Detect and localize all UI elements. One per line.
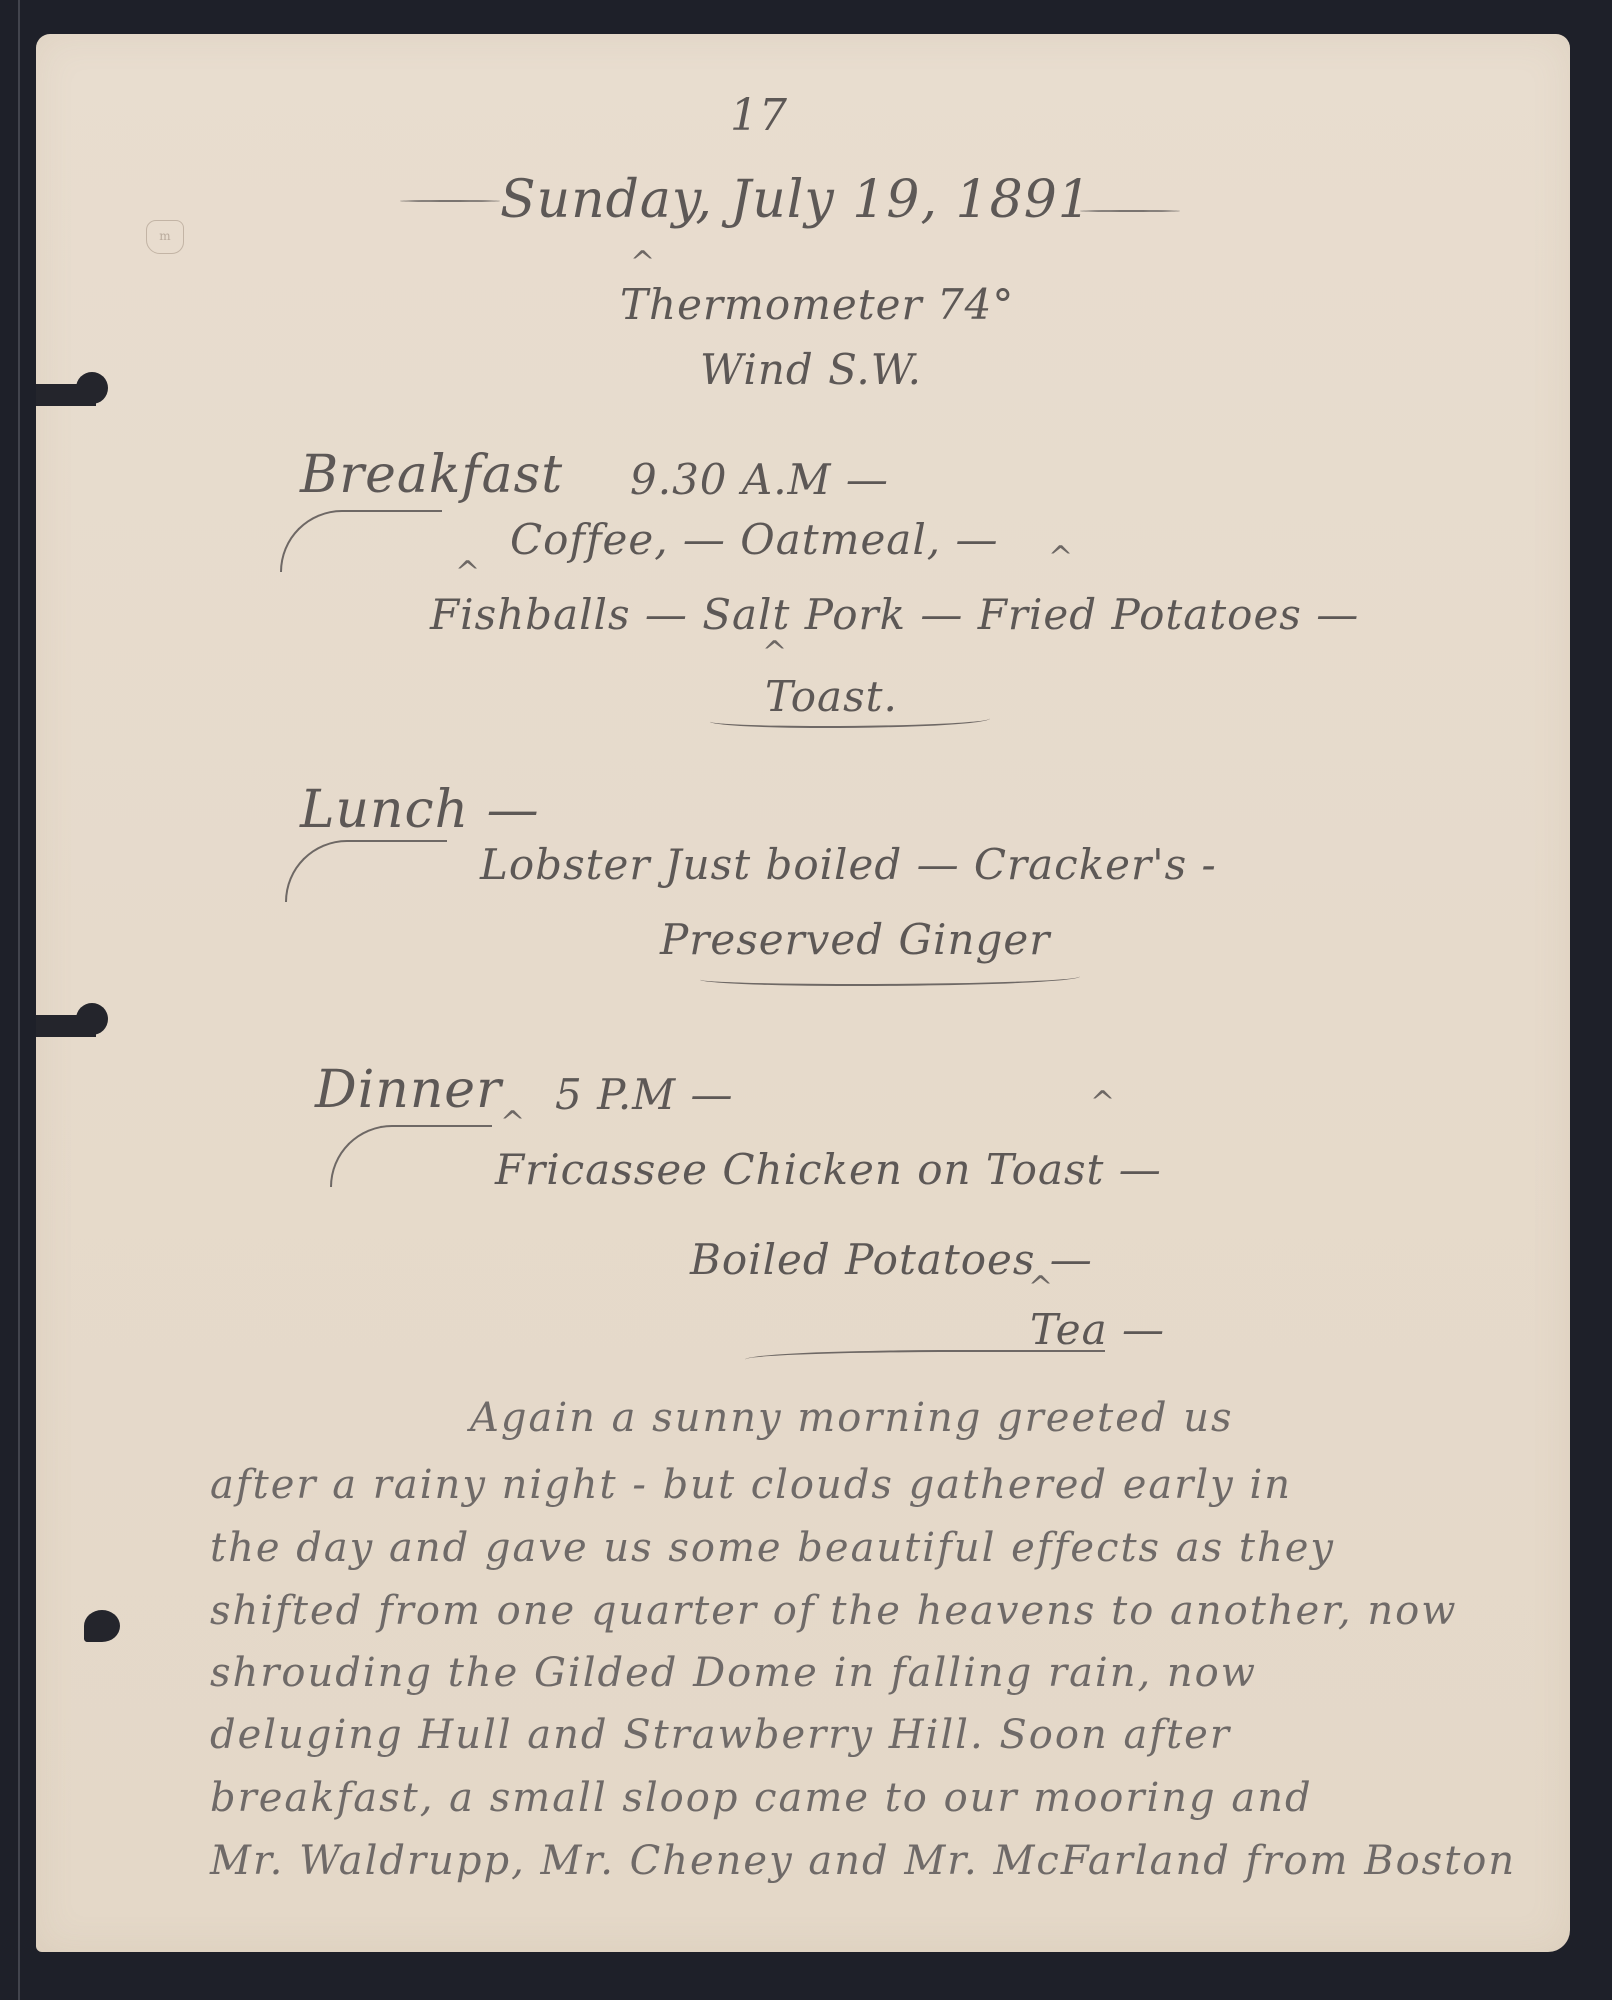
narrative-line: the day and gave us some beautiful effec… (210, 1525, 1335, 1571)
binding-hole-top (76, 372, 108, 404)
breakfast-line-2: Fishballs — Salt Pork — Fried Potatoes — (430, 590, 1359, 639)
dinner-title: Dinner (315, 1060, 502, 1120)
dinner-line-3: Tea — (1030, 1305, 1165, 1354)
lunch-line-1: Lobster Just boiled — Cracker's - (480, 840, 1217, 889)
lunch-title: Lunch — (300, 780, 540, 840)
breakfast-title: Breakfast (300, 445, 563, 505)
narrative-line: breakfast, a small sloop came to our moo… (210, 1775, 1313, 1821)
caret-icon: ^ (1048, 540, 1073, 575)
binding-hole-bottom (84, 1610, 120, 1642)
dinner-underline (745, 1350, 1105, 1366)
collection-stamp-icon: m (146, 220, 184, 254)
caret-icon: ^ (455, 555, 480, 590)
narrative-line: deluging Hull and Strawberry Hill. Soon … (210, 1712, 1231, 1758)
entry-date: Sunday, July 19, 1891 (500, 170, 1092, 230)
page-number: 17 (730, 90, 788, 141)
thermometer-reading: Thermometer 74° (620, 280, 1014, 329)
caret-icon: ^ (762, 635, 787, 670)
narrative-line: Again a sunny morning greeted us (470, 1395, 1234, 1441)
backing-edge-line (18, 0, 20, 2000)
breakfast-time: 9.30 A.M — (630, 455, 889, 504)
binding-hole-middle (76, 1003, 108, 1035)
narrative-line: shifted from one quarter of the heavens … (210, 1588, 1457, 1634)
caret-icon: ^ (1090, 1085, 1115, 1120)
breakfast-line-1: Coffee, — Oatmeal, — (510, 515, 998, 564)
narrative-line: Mr. Waldrupp, Mr. Cheney and Mr. McFarla… (210, 1838, 1516, 1884)
caret-icon: ^ (500, 1105, 525, 1140)
caret-icon: ^ (630, 245, 655, 280)
narrative-line: after a rainy night - but clouds gathere… (210, 1462, 1292, 1508)
caret-icon: ^ (1028, 1270, 1053, 1305)
date-flourish-left (400, 200, 500, 202)
wind-direction: Wind S.W. (700, 345, 922, 394)
dinner-time: 5 P.M — (555, 1070, 734, 1119)
lunch-line-2: Preserved Ginger (660, 915, 1050, 964)
dinner-line-1: Fricassee Chicken on Toast — (495, 1145, 1162, 1194)
narrative-line: shrouding the Gilded Dome in falling rai… (210, 1650, 1257, 1696)
date-flourish-right (1080, 210, 1180, 212)
